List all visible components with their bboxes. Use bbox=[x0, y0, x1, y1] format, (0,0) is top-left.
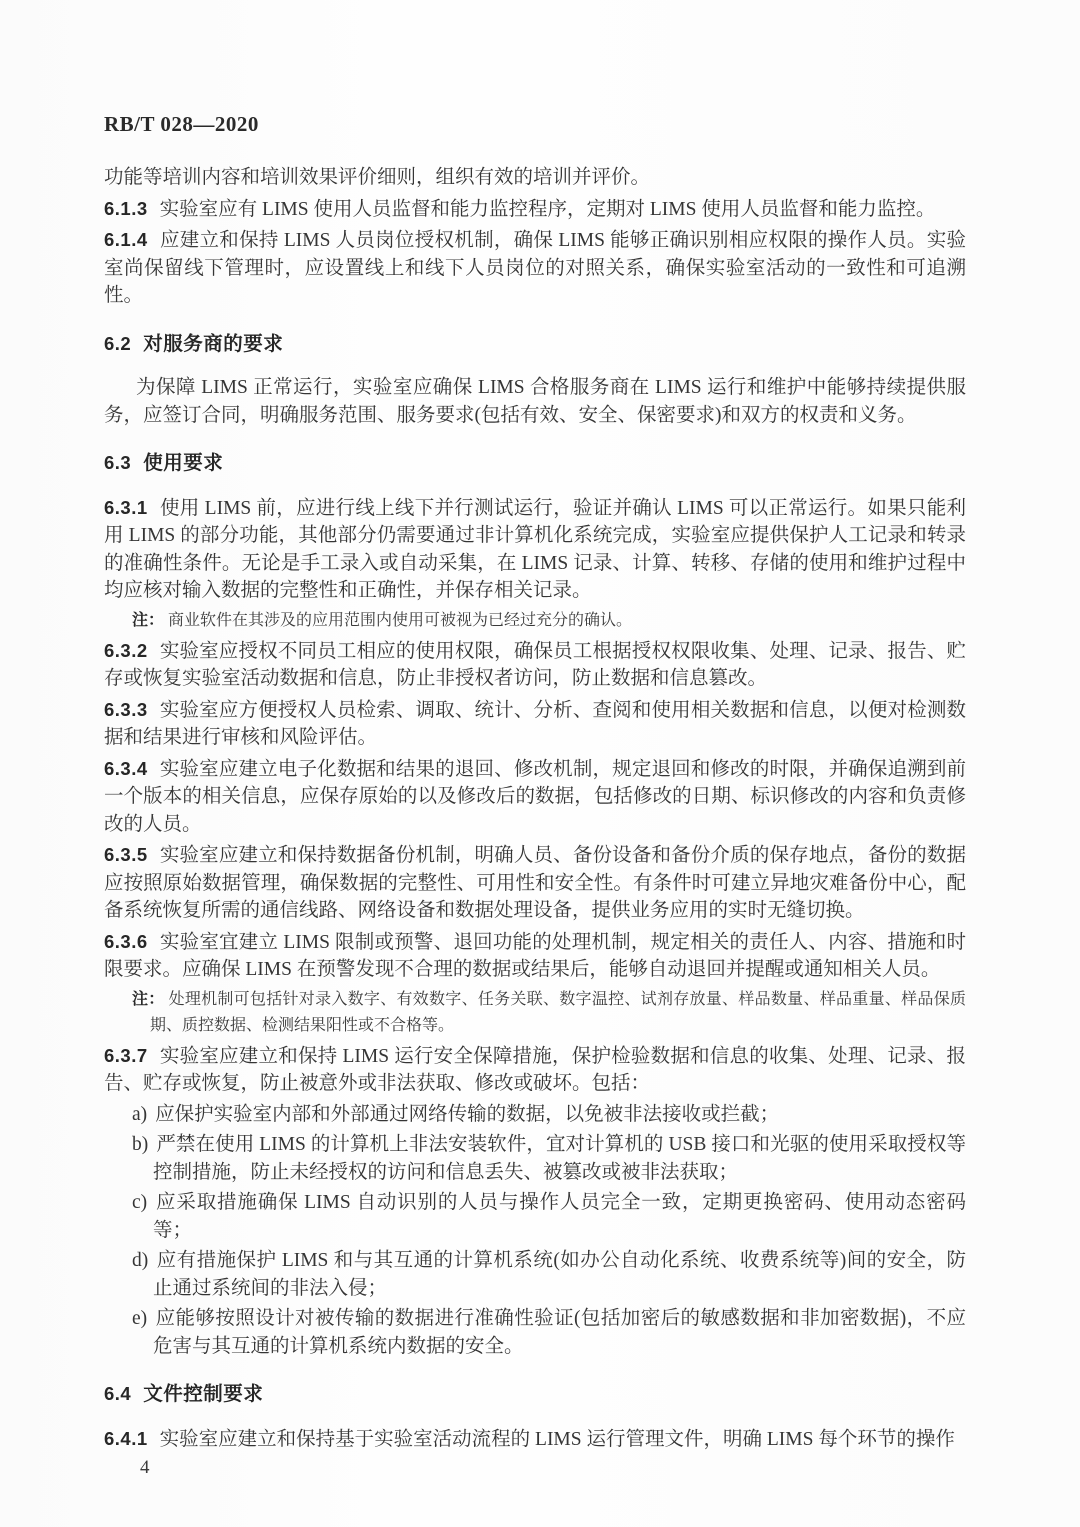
clause-number: 6.3.5 bbox=[104, 844, 148, 865]
clause-6-4-1: 6.4.1实验室应建立和保持基于实验室活动流程的 LIMS 运行管理文件，明确 … bbox=[104, 1425, 966, 1454]
note-label: 注： bbox=[132, 612, 164, 629]
list-item-d: d)应有措施保护 LIMS 和与其互通的计算机系统(如办公自动化系统、收费系统等… bbox=[104, 1247, 966, 1302]
clause-number: 6.3.6 bbox=[104, 931, 148, 952]
clause-number: 6.4.1 bbox=[104, 1428, 148, 1449]
list-marker: b) bbox=[132, 1134, 148, 1155]
note-label: 注： bbox=[132, 991, 165, 1008]
section-title: 对服务商的要求 bbox=[143, 333, 283, 355]
section-number: 6.3 bbox=[104, 452, 131, 473]
clause-6-3-6: 6.3.6实验室宜建立 LIMS 限制或预警、退回功能的处理机制，规定相关的责任… bbox=[104, 928, 966, 984]
note-text: 处理机制可包括针对录入数字、有效数字、任务关联、数字温控、试剂存放量、样品数量、… bbox=[150, 991, 966, 1034]
note-processing-mechanism: 注：处理机制可包括针对录入数字、有效数字、任务关联、数字温控、试剂存放量、样品数… bbox=[104, 987, 966, 1039]
clause-text: 实验室应有 LIMS 使用人员监督和能力监控程序，定期对 LIMS 使用人员监督… bbox=[160, 199, 936, 220]
list-item-a: a)应保护实验室内部和外部通过网络传输的数据，以免被非法接收或拦截； bbox=[104, 1101, 966, 1129]
section-number: 6.4 bbox=[104, 1383, 131, 1404]
list-marker: a) bbox=[132, 1104, 147, 1125]
standard-number-header: RB/T 028—2020 bbox=[104, 112, 966, 136]
section-title: 文件控制要求 bbox=[143, 1383, 263, 1405]
clause-6-3-4: 6.3.4实验室应建立电子化数据和结果的退回、修改机制，规定退回和修改的时限，并… bbox=[104, 755, 966, 839]
clause-text: 应建立和保持 LIMS 人员岗位授权机制，确保 LIMS 能够正确识别相应权限的… bbox=[104, 230, 966, 306]
paragraph-service-provider: 为保障 LIMS 正常运行，实验室应确保 LIMS 合格服务商在 LIMS 运行… bbox=[104, 374, 966, 429]
list-text: 应能够按照设计对被传输的数据进行准确性验证(包括加密后的敏感数据和非加密数据)，… bbox=[153, 1308, 966, 1357]
note-text: 商业软件在其涉及的应用范围内使用可被视为已经过充分的确认。 bbox=[168, 612, 632, 629]
clause-text: 实验室宜建立 LIMS 限制或预警、退回功能的处理机制，规定相关的责任人、内容、… bbox=[104, 932, 966, 981]
document-page: RB/T 028—2020 功能等培训内容和培训效果评价细则，组织有效的培训并评… bbox=[0, 0, 1080, 1527]
section-title: 使用要求 bbox=[143, 452, 223, 474]
list-text: 应采取措施确保 LIMS 自动识别的人员与操作人员完全一致，定期更换密码、使用动… bbox=[153, 1192, 966, 1241]
clause-text: 实验室应建立和保持基于实验室活动流程的 LIMS 运行管理文件，明确 LIMS … bbox=[160, 1429, 955, 1450]
list-text: 严禁在使用 LIMS 的计算机上非法安装软件，宜对计算机的 USB 接口和光驱的… bbox=[153, 1134, 966, 1183]
clause-6-3-2: 6.3.2实验室应授权不同员工相应的使用权限，确保员工根据授权权限收集、处理、记… bbox=[104, 637, 966, 693]
clause-number: 6.1.4 bbox=[104, 229, 148, 250]
clause-text: 实验室应建立电子化数据和结果的退回、修改机制，规定退回和修改的时限，并确保追溯到… bbox=[104, 759, 966, 835]
note-commercial-software: 注：商业软件在其涉及的应用范围内使用可被视为已经过充分的确认。 bbox=[104, 608, 966, 634]
clause-6-3-3: 6.3.3实验室应方便授权人员检索、调取、统计、分析、查阅和使用相关数据和信息，… bbox=[104, 696, 966, 752]
clause-number: 6.3.2 bbox=[104, 640, 148, 661]
clause-6-1-4: 6.1.4应建立和保持 LIMS 人员岗位授权机制，确保 LIMS 能够正确识别… bbox=[104, 226, 966, 310]
section-number: 6.2 bbox=[104, 333, 131, 354]
clause-text: 实验室应建立和保持数据备份机制，明确人员、备份设备和备份介质的保存地点，备份的数… bbox=[104, 845, 966, 921]
paragraph-continuation: 功能等培训内容和培训效果评价细则，组织有效的培训并评价。 bbox=[104, 164, 966, 192]
clause-6-1-3: 6.1.3实验室应有 LIMS 使用人员监督和能力监控程序，定期对 LIMS 使… bbox=[104, 195, 966, 224]
list-item-b: b)严禁在使用 LIMS 的计算机上非法安装软件，宜对计算机的 USB 接口和光… bbox=[104, 1131, 966, 1186]
clause-number: 6.3.4 bbox=[104, 758, 148, 779]
list-item-c: c)应采取措施确保 LIMS 自动识别的人员与操作人员完全一致，定期更换密码、使… bbox=[104, 1189, 966, 1244]
clause-text: 实验室应建立和保持 LIMS 运行安全保障措施，保护检验数据和信息的收集、处理、… bbox=[104, 1046, 966, 1095]
section-heading-6-2: 6.2对服务商的要求 bbox=[104, 330, 966, 359]
list-marker: d) bbox=[132, 1250, 148, 1271]
clause-text: 实验室应授权不同员工相应的使用权限，确保员工根据授权权限收集、处理、记录、报告、… bbox=[104, 641, 966, 690]
page-number: 4 bbox=[140, 1457, 966, 1479]
clause-number: 6.3.7 bbox=[104, 1045, 148, 1066]
clause-6-3-1: 6.3.1使用 LIMS 前，应进行线上线下并行测试运行，验证并确认 LIMS … bbox=[104, 494, 966, 605]
clause-number: 6.1.3 bbox=[104, 198, 148, 219]
list-marker: c) bbox=[132, 1192, 147, 1213]
clause-text: 实验室应方便授权人员检索、调取、统计、分析、查阅和使用相关数据和信息，以便对检测… bbox=[104, 700, 966, 749]
clause-6-3-7: 6.3.7实验室应建立和保持 LIMS 运行安全保障措施，保护检验数据和信息的收… bbox=[104, 1042, 966, 1098]
document-body: 功能等培训内容和培训效果评价细则，组织有效的培训并评价。 6.1.3实验室应有 … bbox=[104, 164, 966, 1479]
list-text: 应有措施保护 LIMS 和与其互通的计算机系统(如办公自动化系统、收费系统等)间… bbox=[153, 1250, 966, 1299]
section-heading-6-3: 6.3使用要求 bbox=[104, 449, 966, 478]
list-marker: e) bbox=[132, 1308, 147, 1329]
clause-6-3-5: 6.3.5实验室应建立和保持数据备份机制，明确人员、备份设备和备份介质的保存地点… bbox=[104, 841, 966, 925]
clause-number: 6.3.1 bbox=[104, 497, 148, 518]
clause-text: 使用 LIMS 前，应进行线上线下并行测试运行，验证并确认 LIMS 可以正常运… bbox=[104, 498, 966, 602]
list-item-e: e)应能够按照设计对被传输的数据进行准确性验证(包括加密后的敏感数据和非加密数据… bbox=[104, 1305, 966, 1360]
list-text: 应保护实验室内部和外部通过网络传输的数据，以免被非法接收或拦截； bbox=[155, 1104, 779, 1125]
clause-number: 6.3.3 bbox=[104, 699, 148, 720]
section-heading-6-4: 6.4文件控制要求 bbox=[104, 1380, 966, 1409]
